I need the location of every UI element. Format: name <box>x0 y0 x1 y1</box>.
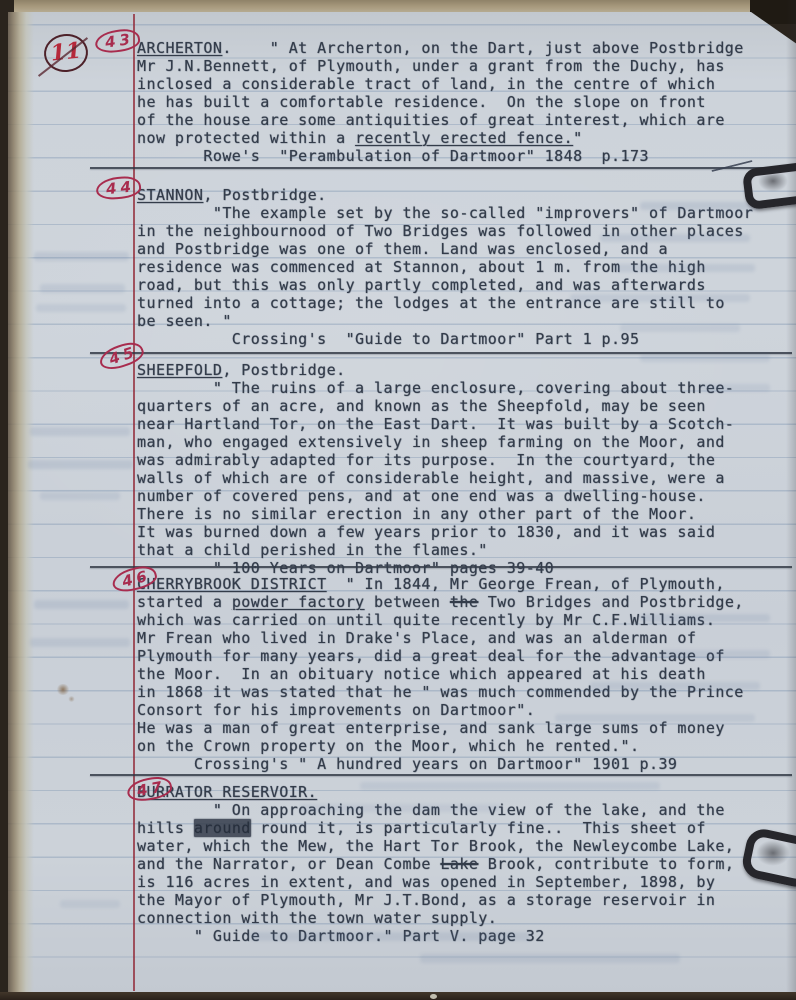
text-line: that a child perished in the flames." <box>137 541 734 559</box>
entries-container: ARCHERTON. " At Archerton, on the Dart, … <box>8 12 796 993</box>
text-segment: walls of which are of considerable heigh… <box>137 469 725 487</box>
text-segment: Two Bridges and Postbridge, <box>478 593 743 611</box>
text-segment: road, but this was only partly completed… <box>137 276 706 294</box>
margin-number-44: 44 <box>95 175 142 202</box>
text-line: and the Narrator, or Dean Combe Lake Bro… <box>137 855 734 873</box>
entry-archerton: ARCHERTON. " At Archerton, on the Dart, … <box>137 39 744 165</box>
text-line: near Hartland Tor, on the East Dart. It … <box>137 415 734 433</box>
text-segment: is 116 acres in extent, and was opened i… <box>137 873 715 891</box>
text-segment: between <box>365 593 450 611</box>
paper-stain <box>68 696 75 702</box>
notebook-page: 11 ARCHERTON. " At Archerton, on the Dar… <box>8 12 796 993</box>
right-edge-shadow <box>786 0 796 1000</box>
text-segment: residence was commenced at Stannon, abou… <box>137 258 706 276</box>
table-edge <box>0 992 796 1000</box>
text-segment: hills <box>137 819 194 837</box>
text-segment: Lake <box>440 855 478 873</box>
text-segment: the Moor. In an obituary notice which ap… <box>137 665 706 683</box>
text-line: the Moor. In an obituary notice which ap… <box>137 665 744 683</box>
text-segment: SHEEPFOLD <box>137 361 222 379</box>
text-segment: Crossing's " A hundred years on Dartmoor… <box>137 755 677 773</box>
text-line: There is no similar erection in any othe… <box>137 505 734 523</box>
text-segment: recently erected fence. <box>355 129 573 147</box>
text-segment: CHERRYBROOK DISTRICT <box>137 575 327 593</box>
text-segment: started a <box>137 593 232 611</box>
text-segment: turned into a cottage; the lodges at the… <box>137 294 725 312</box>
text-line: was admirably adapted for its purpose. I… <box>137 451 734 469</box>
text-line: be seen. " <box>137 312 753 330</box>
text-segment: in 1868 it was stated that he " was much… <box>137 683 744 701</box>
text-line: connection with the town water supply. <box>137 909 734 927</box>
text-segment: STANNON <box>137 186 203 204</box>
paper-stain <box>56 684 70 695</box>
text-segment: the <box>450 593 478 611</box>
text-line: Plymouth for many years, did a great dea… <box>137 647 744 665</box>
text-segment: he has built a comfortable residence. On… <box>137 93 706 111</box>
text-segment: Mr J.N.Bennett, of Plymouth, under a gra… <box>137 57 725 75</box>
text-segment: around <box>194 819 251 837</box>
text-line: road, but this was only partly completed… <box>137 276 753 294</box>
text-line: inclosed a considerable tract of land, i… <box>137 75 744 93</box>
text-segment: "The example set by the so-called "impro… <box>137 204 753 222</box>
text-segment: was admirably adapted for its purpose. I… <box>137 451 715 469</box>
text-segment: Rowe's "Perambulation of Dartmoor" 1848 … <box>137 147 649 165</box>
text-line: started a powder factory between the Two… <box>137 593 744 611</box>
text-segment: " In 1844, Mr George Frean, of Plymouth, <box>327 575 725 593</box>
text-segment: ARCHERTON <box>137 39 222 57</box>
text-line: Mr J.N.Bennett, of Plymouth, under a gra… <box>137 57 744 75</box>
text-line: on the Crown property on the Moor, which… <box>137 737 744 755</box>
text-segment: man, who engaged extensively in sheep fa… <box>137 433 725 451</box>
text-segment: the Mayor of Plymouth, Mr J.T.Bond, as a… <box>137 891 715 909</box>
text-line: Rowe's "Perambulation of Dartmoor" 1848 … <box>137 147 744 165</box>
text-segment: He was a man of great enterprise, and sa… <box>137 719 725 737</box>
text-line: turned into a cottage; the lodges at the… <box>137 294 753 312</box>
text-line: BURRATOR RESERVOIR. <box>137 783 734 801</box>
text-line: STANNON, Postbridge. <box>137 186 753 204</box>
text-segment: number of covered pens, and at one end w… <box>137 487 706 505</box>
text-line: "The example set by the so-called "impro… <box>137 204 753 222</box>
text-segment: that a child perished in the flames." <box>137 541 488 559</box>
text-segment: Mr Frean who lived in Drake's Place, and… <box>137 629 696 647</box>
text-line: Mr Frean who lived in Drake's Place, and… <box>137 629 744 647</box>
text-line: Consort for his improvements on Dartmoor… <box>137 701 744 719</box>
text-line: quarters of an acre, and known as the Sh… <box>137 397 734 415</box>
text-line: Crossing's " A hundred years on Dartmoor… <box>137 755 744 773</box>
text-segment: " The ruins of a large enclosure, coveri… <box>137 379 734 397</box>
text-segment: of the house are some antiquities of gre… <box>137 111 725 129</box>
text-segment: and Postbridge was one of them. Land was… <box>137 240 668 258</box>
text-line: CHERRYBROOK DISTRICT " In 1844, Mr Georg… <box>137 575 744 593</box>
entry-sheepfold: SHEEPFOLD, Postbridge. " The ruins of a … <box>137 361 734 577</box>
text-segment: and the Narrator, or Dean Combe <box>137 855 440 873</box>
text-segment: " <box>573 129 582 147</box>
text-segment: near Hartland Tor, on the East Dart. It … <box>137 415 734 433</box>
text-segment: " On approaching the dam the view of the… <box>137 801 725 819</box>
text-segment: which was carried on until quite recentl… <box>137 611 715 629</box>
text-line: the Mayor of Plymouth, Mr J.T.Bond, as a… <box>137 891 734 909</box>
text-segment: now protected within a <box>137 129 355 147</box>
text-segment: powder factory <box>232 593 365 611</box>
entry-burrator-reservoir: BURRATOR RESERVOIR. " On approaching the… <box>137 783 734 945</box>
text-line: he has built a comfortable residence. On… <box>137 93 744 111</box>
text-line: and Postbridge was one of them. Land was… <box>137 240 753 258</box>
text-line: SHEEPFOLD, Postbridge. <box>137 361 734 379</box>
text-segment: " Guide to Dartmoor." Part V. page 32 <box>137 927 545 945</box>
text-segment: water, which the Mew, the Hart Tor Brook… <box>137 837 734 855</box>
text-line: It was burned down a few years prior to … <box>137 523 734 541</box>
text-line: water, which the Mew, the Hart Tor Brook… <box>137 837 734 855</box>
text-line: walls of which are of considerable heigh… <box>137 469 734 487</box>
text-segment: on the Crown property on the Moor, which… <box>137 737 639 755</box>
text-line: of the house are some antiquities of gre… <box>137 111 744 129</box>
bottom-speck <box>430 994 437 999</box>
text-segment: Crossing's "Guide to Dartmoor" Part 1 p.… <box>137 330 639 348</box>
text-segment: round it, is particularly fine.. This sh… <box>251 819 706 837</box>
text-line: which was carried on until quite recentl… <box>137 611 744 629</box>
text-line: in the neighbournood of Two Bridges was … <box>137 222 753 240</box>
text-segment: in the neighbournood of Two Bridges was … <box>137 222 744 240</box>
text-segment: , Postbridge. <box>222 361 345 379</box>
text-line: ARCHERTON. " At Archerton, on the Dart, … <box>137 39 744 57</box>
text-segment: be seen. " <box>137 312 232 330</box>
margin-number-43: 43 <box>94 27 142 55</box>
text-line: number of covered pens, and at one end w… <box>137 487 734 505</box>
text-line: Crossing's "Guide to Dartmoor" Part 1 p.… <box>137 330 753 348</box>
text-segment: Consort for his improvements on Dartmoor… <box>137 701 535 719</box>
text-segment: . " At Archerton, on the Dart, just abov… <box>222 39 743 57</box>
text-segment: connection with the town water supply. <box>137 909 497 927</box>
text-line: " Guide to Dartmoor." Part V. page 32 <box>137 927 734 945</box>
text-segment: quarters of an acre, and known as the Sh… <box>137 397 706 415</box>
text-line: in 1868 it was stated that he " was much… <box>137 683 744 701</box>
text-segment: inclosed a considerable tract of land, i… <box>137 75 715 93</box>
text-line: man, who engaged extensively in sheep fa… <box>137 433 734 451</box>
text-segment: , Postbridge. <box>203 186 326 204</box>
text-line: now protected within a recently erected … <box>137 129 744 147</box>
text-line: is 116 acres in extent, and was opened i… <box>137 873 734 891</box>
text-line: " On approaching the dam the view of the… <box>137 801 734 819</box>
text-segment: Brook, contribute to form, <box>478 855 734 873</box>
text-line: residence was commenced at Stannon, abou… <box>137 258 753 276</box>
scanned-notebook-photo: 11 ARCHERTON. " At Archerton, on the Dar… <box>0 0 796 1000</box>
text-line: He was a man of great enterprise, and sa… <box>137 719 744 737</box>
text-segment: Plymouth for many years, did a great dea… <box>137 647 725 665</box>
entry-stannon: STANNON, Postbridge. "The example set by… <box>137 186 753 348</box>
text-segment: There is no similar erection in any othe… <box>137 505 696 523</box>
entry-cherrybrook-district: CHERRYBROOK DISTRICT " In 1844, Mr Georg… <box>137 575 744 773</box>
text-line: " The ruins of a large enclosure, coveri… <box>137 379 734 397</box>
text-line: hills around round it, is particularly f… <box>137 819 734 837</box>
text-segment: It was burned down a few years prior to … <box>137 523 715 541</box>
